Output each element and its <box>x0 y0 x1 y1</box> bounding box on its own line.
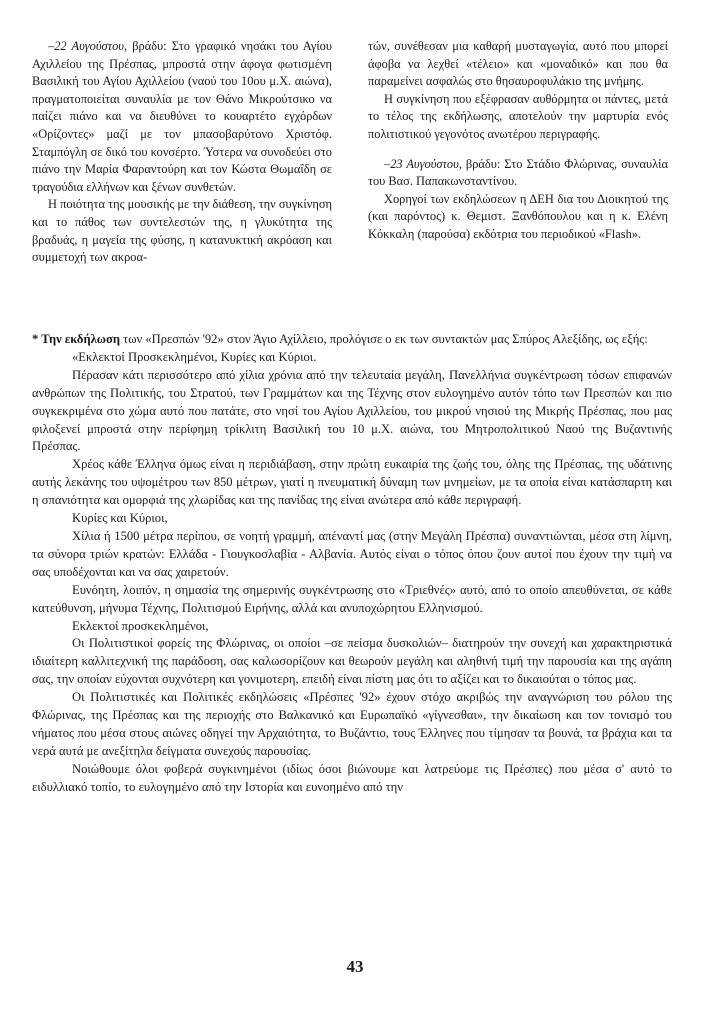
speech-paragraph: Κυρίες και Κύριοι, <box>32 510 672 528</box>
speech-section: * Την εκδήλωση των «Πρεσπών '92» στον Άγ… <box>32 331 672 797</box>
speech-paragraph: Ευνόητη, λοιπόν, η σημασία της σημερινής… <box>32 582 672 618</box>
right-column: τών, συνέθεσαν μια καθαρή μυσταγωγία, αυ… <box>368 38 668 244</box>
speech-paragraph: «Εκλεκτοί Προσκεκλημένοι, Κυρίες και Κύρ… <box>32 349 672 367</box>
speech-paragraph: Οι Πολιτιστικοί φορείς της Φλώρινας, οι … <box>32 635 672 689</box>
paragraph-aug22: –22 Αυγούστου, βράδυ: Στο γραφικό νησάκι… <box>32 38 332 196</box>
text-aug22: , βράδυ: Στο γραφικό νησάκι του Αγίου Αχ… <box>32 39 332 194</box>
speech-intro: * Την εκδήλωση των «Πρεσπών '92» στον Άγ… <box>32 331 672 349</box>
paragraph-continuation: τών, συνέθεσαν μια καθαρή μυσταγωγία, αυ… <box>368 38 668 91</box>
speech-paragraph: Χρέος κάθε Έλληνα όμως είναι η περιδιάβα… <box>32 456 672 510</box>
date-aug22: –22 Αυγούστου <box>48 39 124 53</box>
left-column: –22 Αυγούστου, βράδυ: Στο γραφικό νησάκι… <box>32 38 332 267</box>
paragraph-emotion: Η συγκίνηση που εξέφρασαν αυθόρμητα οι π… <box>368 91 668 144</box>
speech-paragraph: Πέρασαν κάτι περισσότερο από χίλια χρόνι… <box>32 367 672 457</box>
paragraph-sponsors: Χορηγοί των εκδηλώσεων η ΔΕΗ δια του Διο… <box>368 191 668 244</box>
paragraph-music-quality: Η ποιότητα της μουσικής με την διάθεση, … <box>32 196 332 266</box>
speech-intro-text: των «Πρεσπών '92» στον Άγιο Αχίλλειο, πρ… <box>120 332 648 346</box>
speech-paragraph: Χίλια ή 1500 μέτρα περίπου, σε νοητή γρα… <box>32 528 672 582</box>
speech-paragraph: Νοιώθουμε όλοι φοβερά συγκινημένοι (ιδίω… <box>32 761 672 797</box>
speech-paragraph: Εκλεκτοί προσκεκλημένοι, <box>32 618 672 636</box>
paragraph-aug23: –23 Αυγούστου, βράδυ: Στο Στάδιο Φλώρινα… <box>368 156 668 191</box>
speech-intro-bold: * Την εκδήλωση <box>32 332 120 346</box>
date-aug23: –23 Αυγούστου <box>384 157 459 171</box>
speech-paragraph: Οι Πολιτιστικές και Πολιτικές εκδηλώσεις… <box>32 689 672 761</box>
spacer <box>368 144 668 156</box>
page-number: 43 <box>0 957 710 977</box>
